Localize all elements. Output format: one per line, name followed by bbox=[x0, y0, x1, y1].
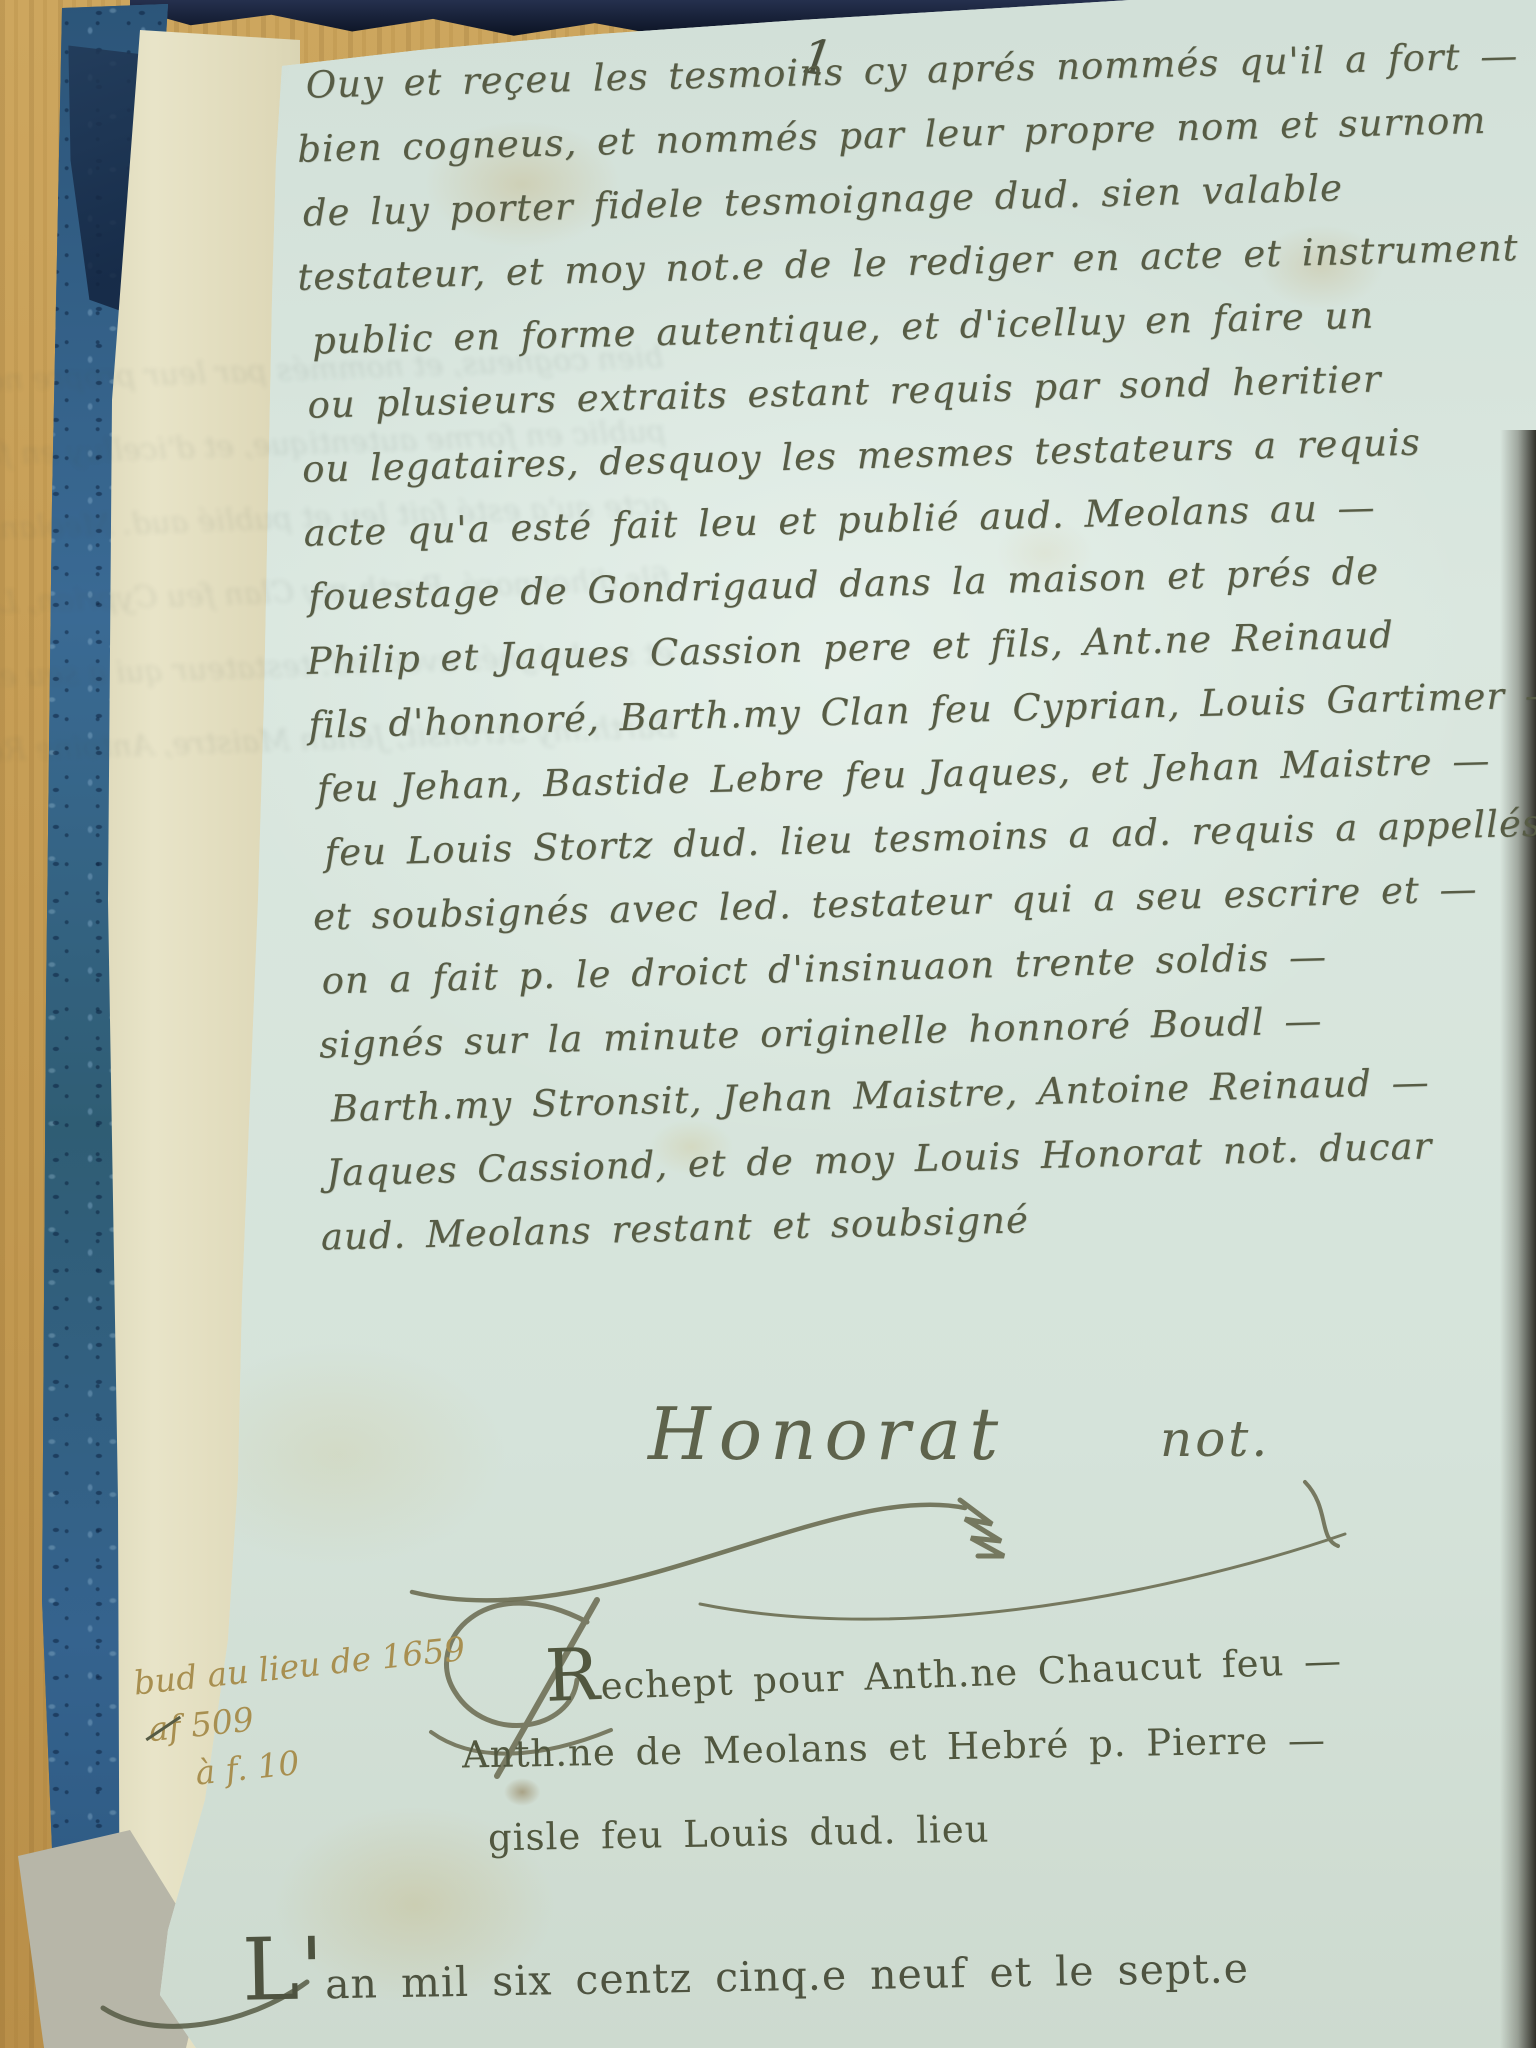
body-text-block: Ouy et reçeu les tesmoins cy aprés nommé… bbox=[292, 24, 1536, 1270]
receipt-line: gisle feu Louis dud. lieu bbox=[488, 1810, 990, 1859]
margin-note-folio-ref: 509 bbox=[189, 1699, 256, 1744]
date-line: L'an mil six centz cinq.e neuf et le sep… bbox=[241, 1903, 1249, 2021]
manuscript-photo: bien cogneus, et nommés par leur propre … bbox=[0, 0, 1536, 2048]
margin-note-cancelled: af bbox=[146, 1703, 183, 1754]
